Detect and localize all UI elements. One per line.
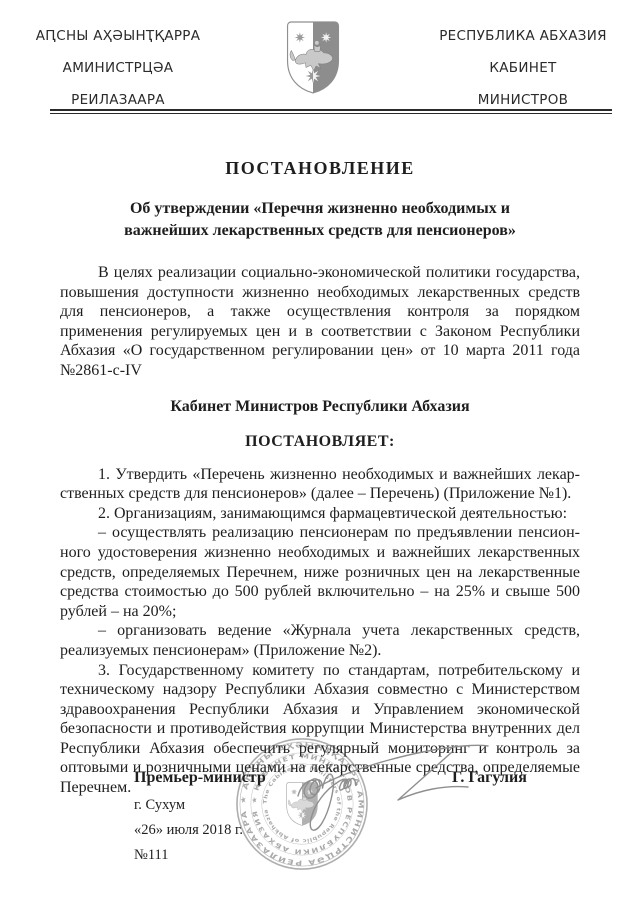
decree-item-2b: – организовать ведение «Журнала учета ле… (60, 621, 580, 660)
handwritten-signature-icon (280, 728, 615, 858)
letterhead-abkhaz-line1: АԤСНЫ АҲӘЫНҬҚАРРА (18, 20, 218, 52)
authority-line: Кабинет Министров Республики Абхазия (60, 398, 580, 416)
decree-item-2: 2. Организациям, занимающимся фармацевти… (60, 504, 580, 524)
letterhead-abkhaz: АԤСНЫ АҲӘЫНҬҚАРРА АМИНИСТРЦӘА РЕИЛАЗААРА (18, 20, 218, 116)
issue-place: г. Сухум (134, 797, 185, 814)
document-subject: Об утверждении «Перечня жизненно необход… (94, 198, 546, 242)
resolves-heading: ПОСТАНОВЛЯЕТ: (60, 433, 580, 451)
signatory-role: Премьер-министр (134, 769, 266, 787)
decree-item-1: 1. Утвердить «Перечень жизненно необходи… (60, 465, 580, 504)
letterhead-divider (50, 109, 612, 114)
decree-item-2a: – осуществлять реализацию пенсионерам по… (60, 523, 580, 621)
issue-date: «26» июля 2018 г. (134, 822, 243, 839)
document-type-title: ПОСТАНОВЛЕНИЕ (60, 158, 580, 179)
decree-number: №111 (134, 847, 169, 864)
coat-of-arms-icon (286, 20, 340, 95)
decree-document-page: АԤСНЫ АҲӘЫНҬҚАРРА АМИНИСТРЦӘА РЕИЛАЗААРА… (0, 0, 640, 905)
decree-body: ПОСТАНОВЛЕНИЕ Об утверждении «Перечня жи… (60, 158, 580, 798)
letterhead-abkhaz-line2: АМИНИСТРЦӘА (18, 52, 218, 84)
letterhead-russian-line1: РЕСПУБЛИКА АБХАЗИЯ (430, 20, 616, 52)
letterhead-russian-line2: КАБИНЕТ (430, 52, 616, 84)
letterhead-russian: РЕСПУБЛИКА АБХАЗИЯ КАБИНЕТ МИНИСТРОВ (430, 20, 616, 116)
preamble-paragraph: В целях реализации социально-экономическ… (60, 263, 580, 381)
